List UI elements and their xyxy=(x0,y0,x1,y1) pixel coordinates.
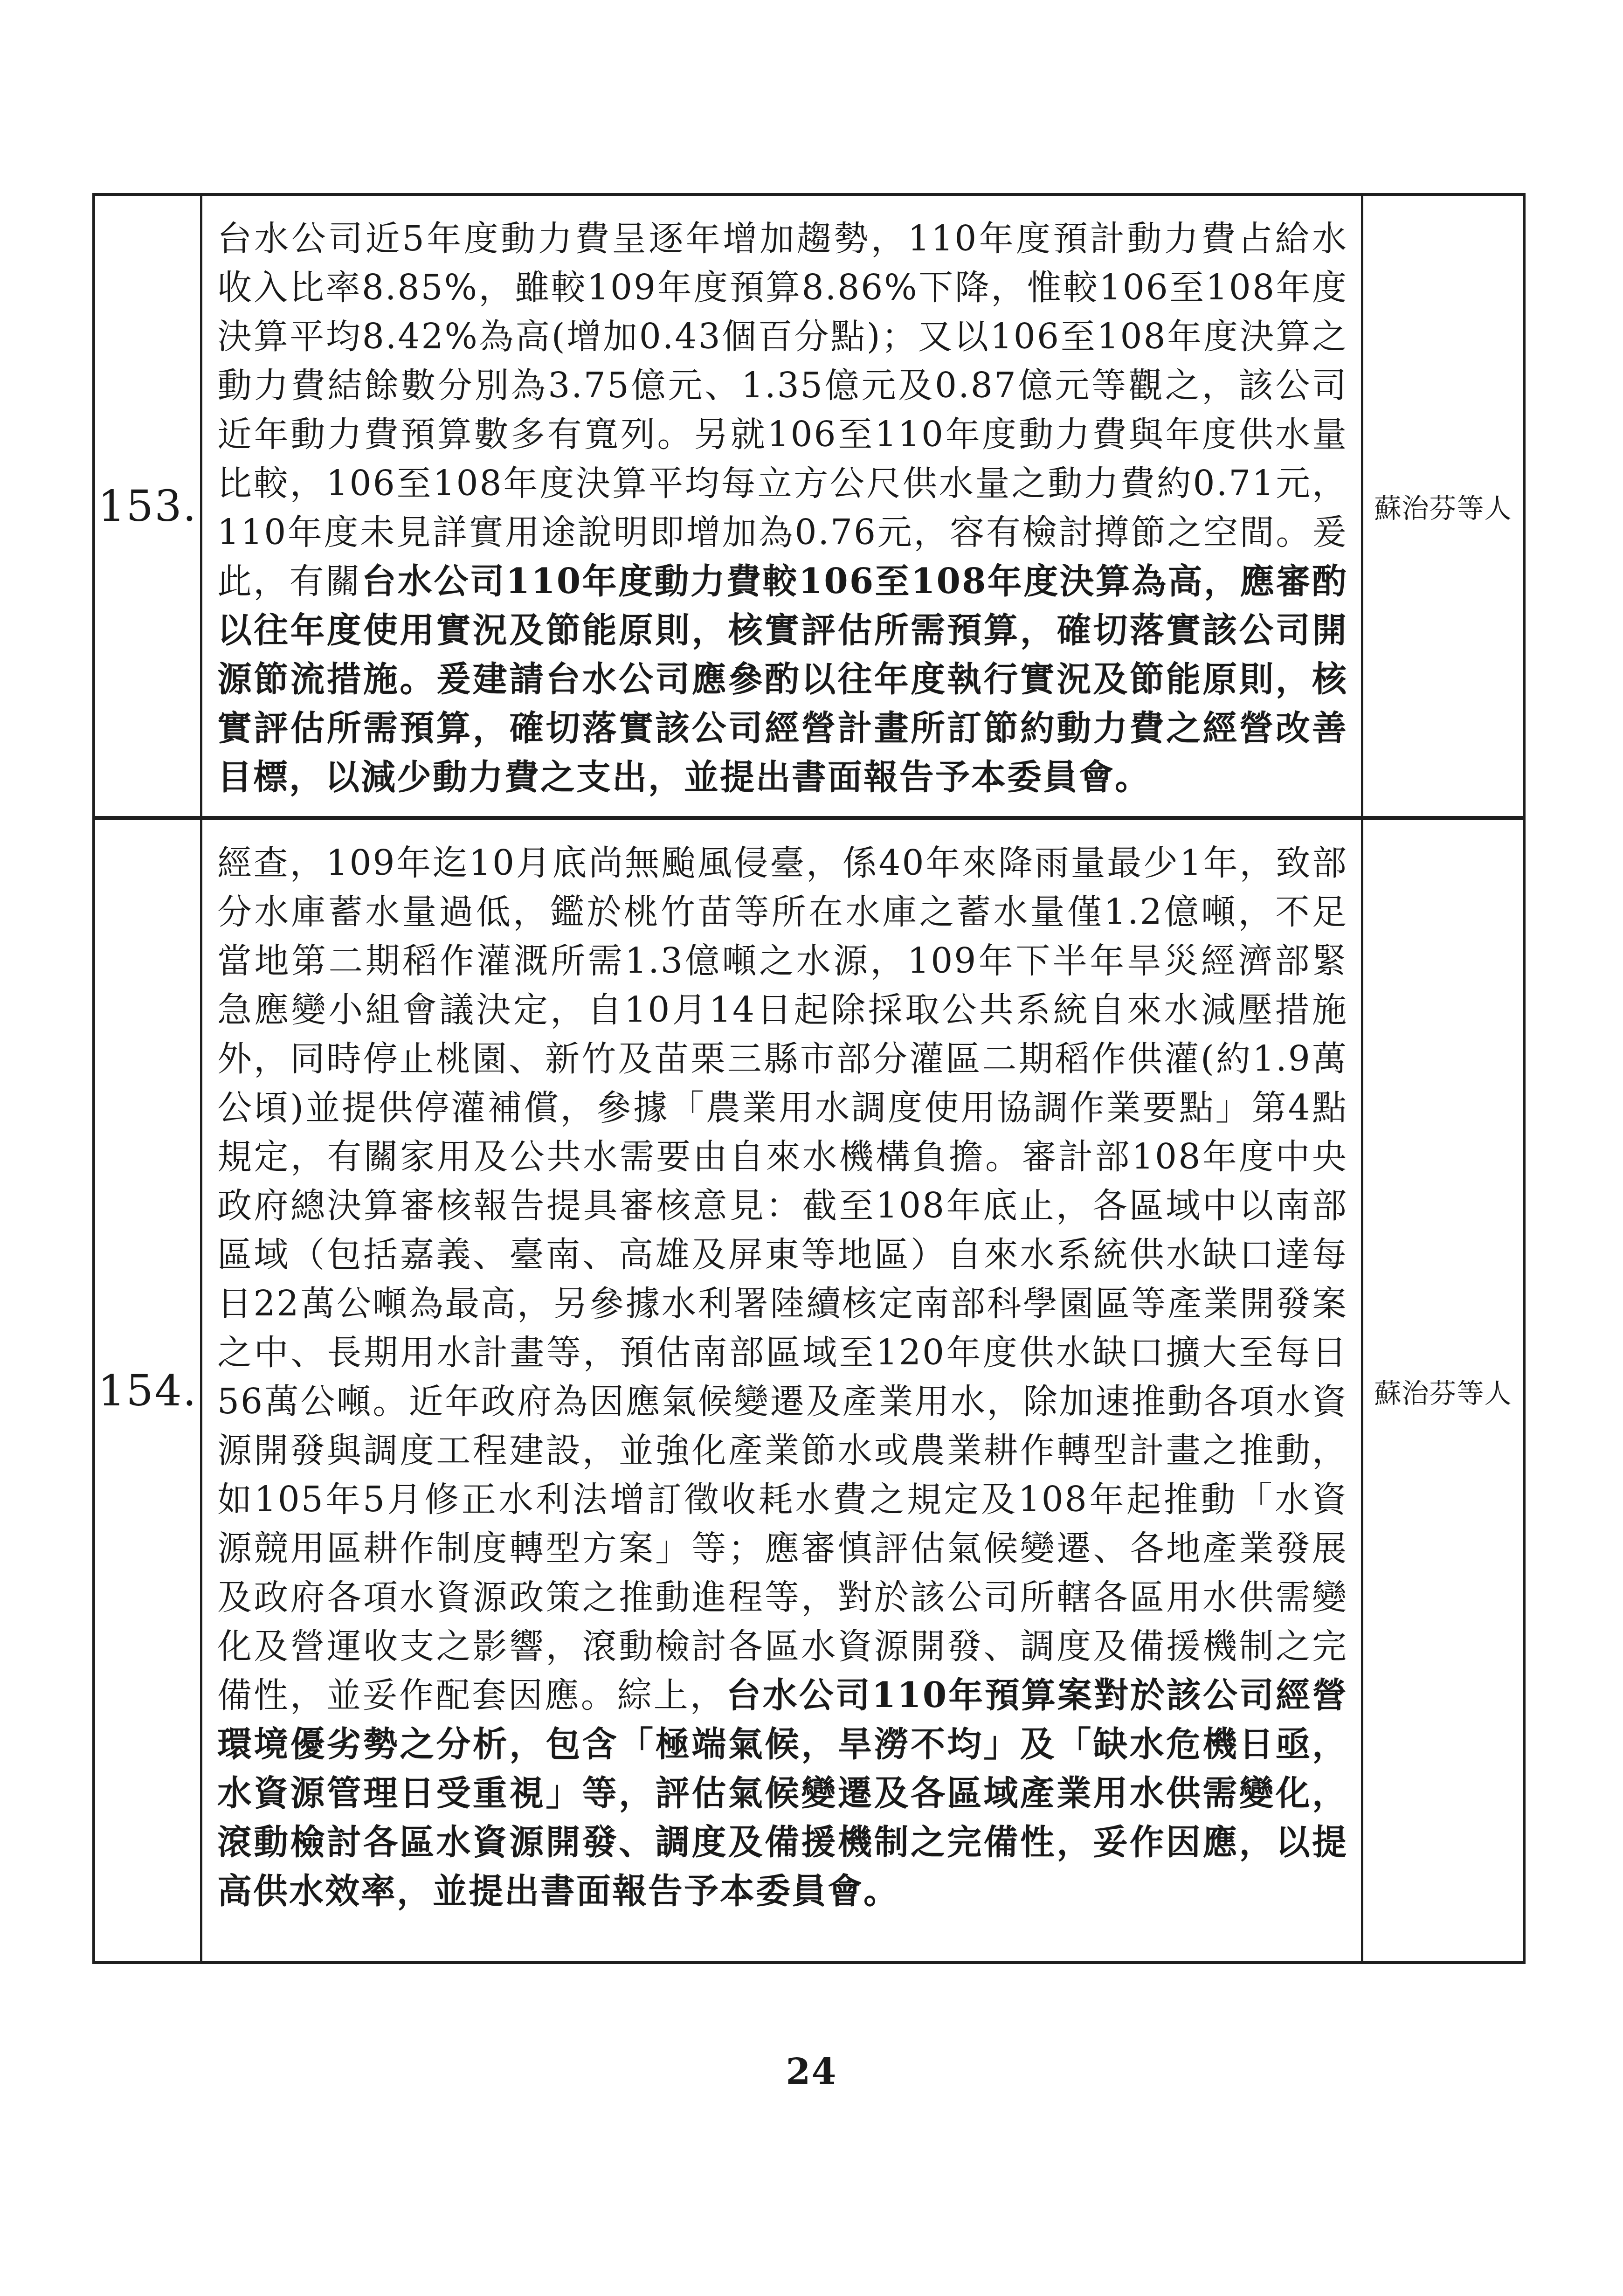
case-text-153: 台水公司近5年度動力費呈逐年增加趨勢，110年度預計動力費占給水收入比率8.85… xyxy=(217,214,1348,802)
case-table: 153. 台水公司近5年度動力費呈逐年增加趨勢，110年度預計動力費占給水收入比… xyxy=(92,193,1526,1964)
case-number-154: 154. xyxy=(98,1366,197,1416)
case-text-153-regular: 台水公司近5年度動力費呈逐年增加趨勢，110年度預計動力費占給水收入比率8.85… xyxy=(217,219,1348,602)
case-body-cell-153: 台水公司近5年度動力費呈逐年增加趨勢，110年度預計動力費占給水收入比率8.85… xyxy=(202,196,1363,816)
document-page: 153. 台水公司近5年度動力費呈逐年增加趨勢，110年度預計動力費占給水收入比… xyxy=(0,0,1623,2296)
case-body-cell-154: 經查，109年迄10月底尚無颱風侵臺，係40年來降雨量最少1年，致部分水庫蓄水量… xyxy=(202,820,1363,1961)
page-number: 24 xyxy=(0,2051,1623,2092)
case-text-154-regular: 經查，109年迄10月底尚無颱風侵臺，係40年來降雨量最少1年，致部分水庫蓄水量… xyxy=(217,843,1348,1715)
proposer-cell-153: 蘇治芬等人 xyxy=(1363,196,1523,816)
proposer-cell-154: 蘇治芬等人 xyxy=(1363,820,1523,1961)
case-number-cell-153: 153. xyxy=(95,196,202,816)
case-text-153-bold: 台水公司110年度動力費較106至108年度決算為高，應審酌以往年度使用實況及節… xyxy=(217,561,1348,797)
table-row-153: 153. 台水公司近5年度動力費呈逐年增加趨勢，110年度預計動力費占給水收入比… xyxy=(95,196,1523,816)
case-text-154: 經查，109年迄10月底尚無颱風侵臺，係40年來降雨量最少1年，致部分水庫蓄水量… xyxy=(217,839,1348,1916)
table-row-154: 154. 經查，109年迄10月底尚無颱風侵臺，係40年來降雨量最少1年，致部分… xyxy=(95,816,1523,1961)
case-number-153: 153. xyxy=(98,481,197,531)
case-number-cell-154: 154. xyxy=(95,820,202,1961)
proposer-153: 蘇治芬等人 xyxy=(1374,486,1512,526)
proposer-154: 蘇治芬等人 xyxy=(1374,1371,1512,1411)
